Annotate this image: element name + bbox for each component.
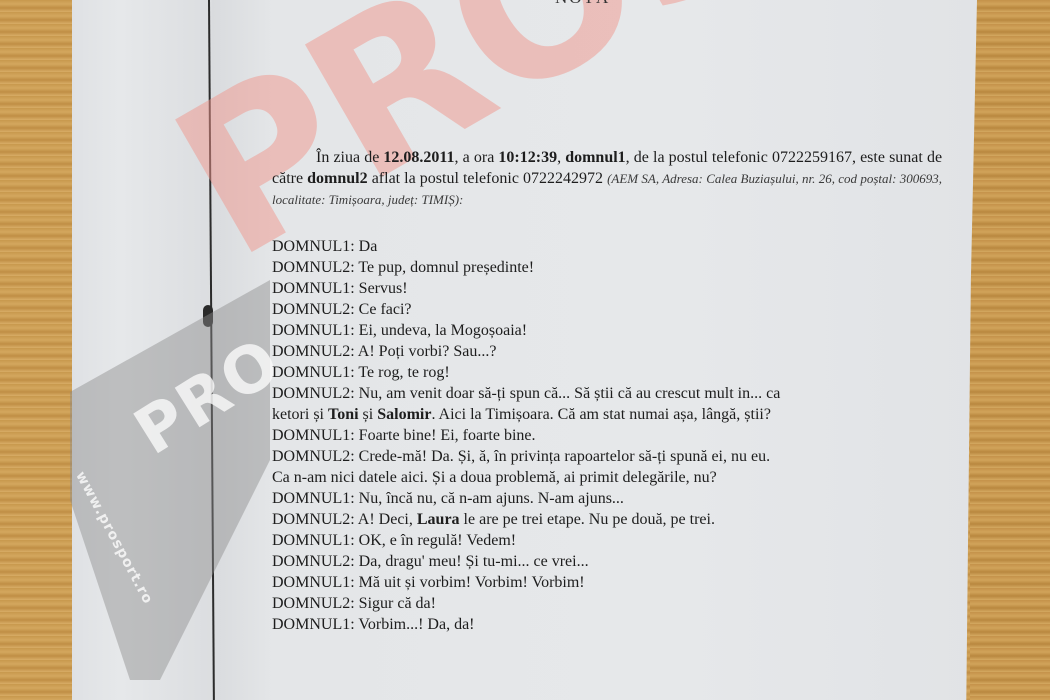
call-date: 12.08.2011	[383, 149, 454, 166]
named-person: Salomir	[377, 406, 431, 423]
speaker-label: DOMNUL1:	[272, 238, 355, 255]
call-time: 10:12:39	[498, 149, 557, 166]
speaker-label: DOMNUL1:	[272, 322, 355, 339]
transcript-line: DOMNUL2: Da, dragu' meu! Și tu-mi... ce …	[272, 551, 942, 572]
transcript-line: DOMNUL1: Nu, încă nu, că n-am ajuns. N-a…	[272, 488, 942, 509]
transcript-dialog: DOMNUL1: DaDOMNUL2: Te pup, domnul preșe…	[272, 236, 942, 635]
wooden-table-left	[0, 0, 72, 700]
transcript-line: DOMNUL2: Te pup, domnul președinte!	[272, 257, 942, 278]
speaker-label: DOMNUL2:	[272, 553, 355, 570]
utterance-text: ketori și	[272, 406, 328, 423]
wooden-table-right	[970, 0, 1050, 700]
speaker-label: DOMNUL2:	[272, 595, 355, 612]
speaker-label: DOMNUL1:	[272, 532, 355, 549]
caller-name: domnul1	[565, 149, 625, 166]
intro-paragraph: În ziua de 12.08.2011, a ora 10:12:39, d…	[272, 147, 942, 210]
utterance-text: le are pe trei etape. Nu pe două, pe tre…	[460, 511, 715, 528]
utterance-text: Da, dragu' meu! Și tu-mi... ce vrei...	[355, 553, 589, 570]
utterance-text: Te pup, domnul președinte!	[355, 259, 534, 276]
utterance-text: Nu, încă nu, că n-am ajuns. N-am ajuns..…	[355, 490, 624, 507]
speaker-label: DOMNUL2:	[272, 511, 355, 528]
utterance-text: . Aici la Timișoara. Că am stat numai aș…	[431, 406, 771, 423]
transcript-line: DOMNUL1: Vorbim...! Da, da!	[272, 614, 942, 635]
utterance-text: OK, e în regulă! Vedem!	[355, 532, 516, 549]
document-body: În ziua de 12.08.2011, a ora 10:12:39, d…	[272, 147, 942, 635]
transcript-line: DOMNUL1: Mă uit și vorbim! Vorbim! Vorbi…	[272, 572, 942, 593]
utterance-text: Vorbim...! Da, da!	[355, 616, 475, 633]
speaker-label: DOMNUL2:	[272, 343, 355, 360]
transcript-line: Ca n-am nici datele aici. Și a doua prob…	[272, 467, 942, 488]
utterance-text: Crede-mă! Da. Și, ă, în privința rapoart…	[355, 448, 770, 465]
speaker-label: DOMNUL2:	[272, 301, 355, 318]
utterance-text: Te rog, te rog!	[355, 364, 450, 381]
transcript-line: DOMNUL1: OK, e în regulă! Vedem!	[272, 530, 942, 551]
utterance-text: și	[359, 406, 378, 423]
transcript-line: DOMNUL1: Ei, undeva, la Mogoșoaia!	[272, 320, 942, 341]
speaker-label: DOMNUL2:	[272, 259, 355, 276]
utterance-text: A! Poți vorbi? Sau...?	[355, 343, 497, 360]
utterance-text: Sigur că da!	[355, 595, 436, 612]
utterance-text: Ca n-am nici datele aici. Și a doua prob…	[272, 469, 717, 486]
utterance-text: Foarte bine! Ei, foarte bine.	[355, 427, 536, 444]
transcript-line: DOMNUL1: Foarte bine! Ei, foarte bine.	[272, 425, 942, 446]
transcript-line: DOMNUL2: A! Poți vorbi? Sau...?	[272, 341, 942, 362]
transcript-line: DOMNUL2: Ce faci?	[272, 299, 942, 320]
caller-phone: 0722259167	[772, 149, 852, 166]
speaker-label: DOMNUL1:	[272, 280, 355, 297]
speaker-label: DOMNUL1:	[272, 574, 355, 591]
transcript-line: ketori și Toni și Salomir. Aici la Timiș…	[272, 404, 942, 425]
transcript-line: DOMNUL1: Da	[272, 236, 942, 257]
utterance-text: Mă uit și vorbim! Vorbim! Vorbim!	[355, 574, 585, 591]
callee-phone: 0722242972	[523, 170, 603, 187]
speaker-label: DOMNUL2:	[272, 448, 355, 465]
transcript-line: DOMNUL1: Servus!	[272, 278, 942, 299]
transcript-line: DOMNUL2: Sigur că da!	[272, 593, 942, 614]
named-person: Laura	[417, 511, 460, 528]
transcript-line: DOMNUL2: Crede-mă! Da. Și, ă, în privinț…	[272, 446, 942, 467]
utterance-text: Nu, am venit doar să-ți spun că... Să șt…	[355, 385, 781, 402]
utterance-text: A! Deci,	[355, 511, 417, 528]
utterance-text: Da	[355, 238, 378, 255]
speaker-label: DOMNUL2:	[272, 385, 355, 402]
callee-name: domnul2	[307, 170, 367, 187]
speaker-label: DOMNUL1:	[272, 616, 355, 633]
utterance-text: Servus!	[355, 280, 408, 297]
transcript-line: DOMNUL2: Nu, am venit doar să-ți spun că…	[272, 383, 942, 404]
speaker-label: DOMNUL1:	[272, 490, 355, 507]
speaker-label: DOMNUL1:	[272, 427, 355, 444]
transcript-line: DOMNUL1: Te rog, te rog!	[272, 362, 942, 383]
named-person: Toni	[328, 406, 359, 423]
transcript-line: DOMNUL2: A! Deci, Laura le are pe trei e…	[272, 509, 942, 530]
speaker-label: DOMNUL1:	[272, 364, 355, 381]
utterance-text: Ce faci?	[355, 301, 412, 318]
utterance-text: Ei, undeva, la Mogoșoaia!	[355, 322, 527, 339]
document-title: NOTĂ	[555, 0, 610, 8]
